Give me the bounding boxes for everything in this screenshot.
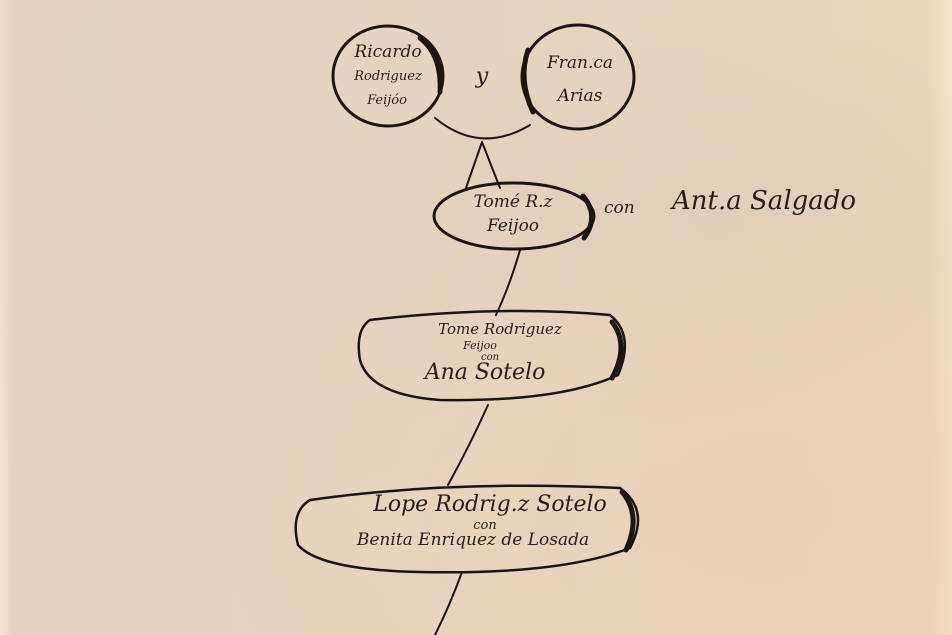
node-gen3-name-line2: Feijoo — [440, 340, 520, 351]
node-francisca-name-line1: Fran.ca — [540, 55, 620, 72]
node-francisca-circle — [522, 25, 634, 129]
node-ricardo-name-line3: Feijóo — [352, 94, 422, 107]
node-tome-name-line2: Feijoo — [458, 218, 568, 235]
node-francisca-name-line2: Arias — [540, 88, 620, 105]
gen2-spouse-name: Ant.a Salgado — [672, 188, 856, 214]
gen2-spouse-connector: con — [604, 200, 635, 217]
node-gen3-name-line1: Tome Rodriguez — [395, 322, 605, 337]
node-ricardo-name-line2: Rodriguez — [340, 70, 436, 83]
node-gen4-name-line2: Benita Enriquez de Losada — [318, 532, 628, 549]
node-gen3-name-line3: Ana Sotelo — [390, 362, 580, 384]
node-gen4-name-line1: Lope Rodrig.z Sotelo — [355, 494, 625, 516]
node-ricardo-name-line1: Ricardo — [348, 44, 428, 61]
node-tome-name-line1: Tomé R.z — [458, 194, 568, 211]
conjunction-y: y — [470, 66, 494, 88]
